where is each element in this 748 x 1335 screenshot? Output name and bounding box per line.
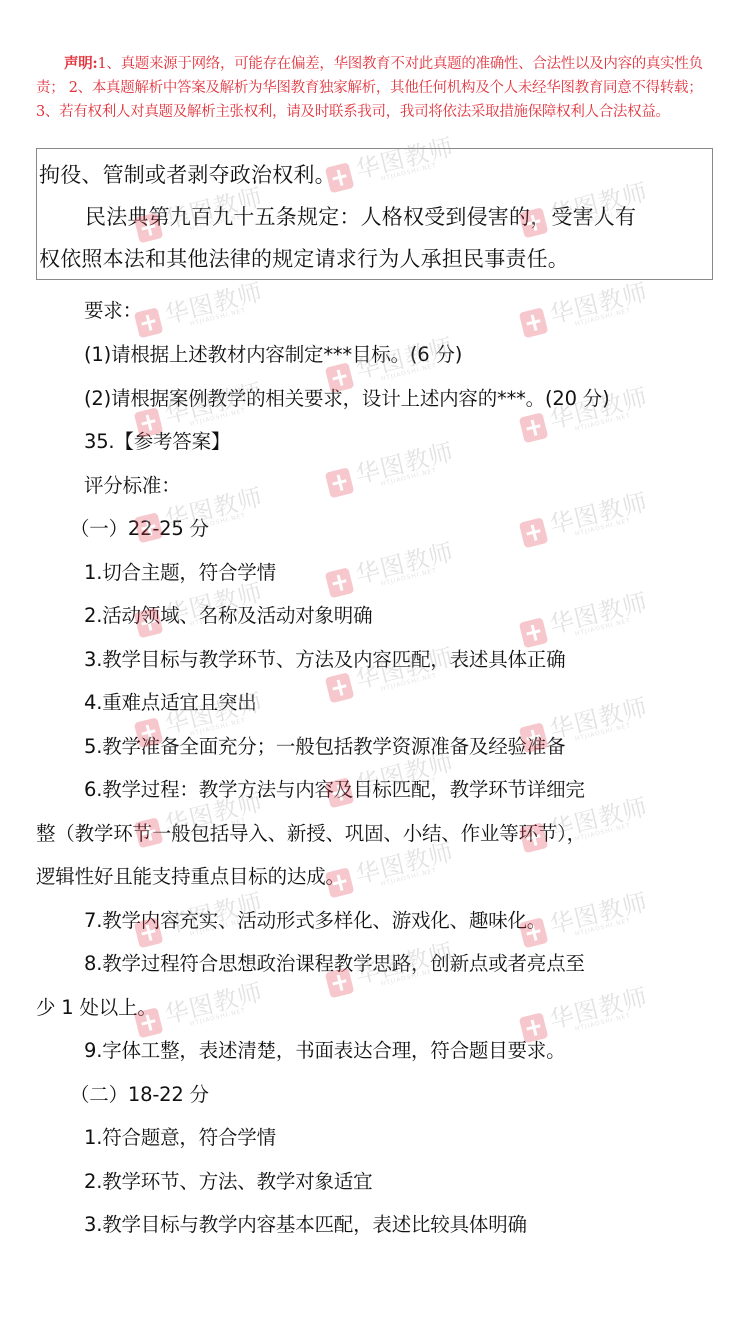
- disclaimer-text: 1、真题来源于网络，可能存在偏差，华图教育不对此真题的准确性、合法性以及内容的真…: [36, 56, 703, 120]
- watermark: 华图教师HTJIAOSHI.NET: [133, 280, 266, 341]
- criteria-item: 5.教学准备全面充分；一般包括教学资源准备及经验准备: [84, 733, 565, 761]
- huatu-logo-icon: [325, 672, 355, 703]
- criteria-item-continued: 少 1 处以上。: [36, 994, 157, 1022]
- tier1-heading: （一）22-25 分: [70, 515, 209, 543]
- huatu-logo-icon: [325, 567, 355, 598]
- requirements-heading: 要求：: [84, 297, 142, 325]
- huatu-logo-icon: [325, 467, 355, 498]
- disclaimer-lead: 声明:: [64, 55, 97, 72]
- criteria-item: 9.字体工整，表述清楚，书面表达合理，符合题目要求。: [84, 1037, 565, 1065]
- tier2-heading: （二）18-22 分: [70, 1081, 209, 1109]
- criteria-item: 1.符合题意，符合学情: [84, 1124, 276, 1152]
- copyright-disclaimer: 声明:1、真题来源于网络，可能存在偏差，华图教育不对此真题的准确性、合法性以及内…: [36, 52, 716, 124]
- quote-line: 拘役、管制或者剥夺政治权利。: [39, 155, 712, 197]
- watermark: 华图教师HTJIAOSHI.NET: [324, 540, 457, 601]
- criteria-item-continued: 逻辑性好且能支持重点目标的达成。: [36, 863, 345, 891]
- criteria-item-continued: 整（教学环节一般包括导入、新授、巩固、小结、作业等环节），: [36, 820, 586, 848]
- criteria-item: 7.教学内容充实、活动形式多样化、游戏化、趣味化。: [84, 907, 546, 935]
- watermark: 华图教师HTJIAOSHI.NET: [518, 280, 651, 341]
- criteria-item: 6.教学过程：教学方法与内容及目标匹配，教学环节详细完: [84, 776, 585, 804]
- criteria-item: 8.教学过程符合思想政治课程教学思路，创新点或者亮点至: [84, 950, 585, 978]
- quote-line: 民法典第九百九十五条规定：人格权受到侵害的，受害人有: [39, 197, 712, 239]
- criteria-item: 2.活动领域、名称及活动对象明确: [84, 602, 372, 630]
- watermark: 华图教师HTJIAOSHI.NET: [518, 490, 651, 551]
- criteria-item: 4.重难点适宜且突出: [84, 689, 257, 717]
- requirement-item: (2)请根据案例教学的相关要求，设计上述内容的***。(20 分): [84, 385, 610, 413]
- criteria-item: 2.教学环节、方法、教学对象适宜: [84, 1168, 372, 1196]
- answer-heading: 35.【参考答案】: [84, 428, 230, 456]
- huatu-logo-icon: [519, 307, 549, 338]
- huatu-logo-icon: [519, 517, 549, 548]
- quoted-material-box: 拘役、管制或者剥夺政治权利。 民法典第九百九十五条规定：人格权受到侵害的，受害人…: [36, 148, 713, 280]
- criteria-item: 3.教学目标与教学内容基本匹配，表述比较具体明确: [84, 1211, 527, 1239]
- requirement-item: (1)请根据上述教材内容制定***目标。(6 分): [84, 341, 462, 369]
- huatu-logo-icon: [519, 617, 549, 648]
- criteria-heading: 评分标准：: [84, 472, 181, 500]
- quote-line: 权依照本法和其他法律的规定请求行为人承担民事责任。: [39, 239, 712, 281]
- watermark: 华图教师HTJIAOSHI.NET: [518, 590, 651, 651]
- criteria-item: 3.教学目标与教学环节、方法及内容匹配，表述具体正确: [84, 646, 565, 674]
- criteria-item: 1.切合主题，符合学情: [84, 559, 276, 587]
- huatu-logo-icon: [519, 412, 549, 443]
- watermark: 华图教师HTJIAOSHI.NET: [324, 440, 457, 501]
